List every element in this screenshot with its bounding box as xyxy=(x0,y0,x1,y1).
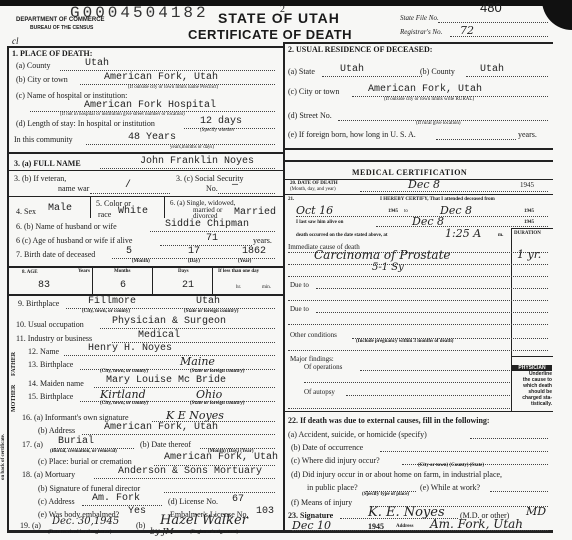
received-value: Dec. 30,1945 xyxy=(52,516,119,527)
spouse-age-value: 71 xyxy=(206,233,218,244)
birth-day: 17 xyxy=(188,246,200,257)
ssn-sub: No. xyxy=(206,184,218,193)
registrar-signature: Hazel Walker xyxy=(160,513,248,528)
father-birthplace-label: 13. Birthplace xyxy=(28,360,73,369)
registrar-initials: by JM xyxy=(150,527,174,536)
license-value: 67 xyxy=(232,494,244,505)
received-caption: (Date received local registrar) xyxy=(48,530,112,535)
medical-heading: MEDICAL CERTIFICATION xyxy=(352,168,467,177)
mother-maiden-label: 14. Maiden name xyxy=(28,379,84,388)
mortuary-value: Anderson & Sons Mortuary xyxy=(118,466,262,477)
birthplace-city-caption: (City, town, or county) xyxy=(82,309,130,314)
where-label: (c) Where did injury occur? xyxy=(291,456,380,465)
mother-birthplace-label: 15. Birthplace xyxy=(28,392,73,401)
birthplace-state-caption: (State or foreign country) xyxy=(184,309,238,314)
accident-label: (a) Accident, suicide, or homicide (spec… xyxy=(288,430,427,439)
external-heading: 22. If death was due to external causes,… xyxy=(288,416,490,425)
hospital-note: (If not in hospital or institution give … xyxy=(60,112,185,117)
certificate-title: CERTIFICATE OF DEATH xyxy=(188,27,352,42)
other-note: (Include pregnancy within 3 months of de… xyxy=(356,339,453,344)
occurrence-label: (b) Date of occurrence xyxy=(291,443,363,452)
age-less-label: If less than one day xyxy=(218,269,259,274)
sex-value: Male xyxy=(48,203,72,214)
res-city-label: (c) City or town xyxy=(288,87,339,96)
father-name-label: 12. Name xyxy=(28,347,59,356)
full-name-label: 3. (a) FULL NAME xyxy=(14,159,81,168)
attended-to-year: 1945 xyxy=(524,209,534,214)
veteran-sub: name war xyxy=(58,184,89,193)
operations-label: Of operations xyxy=(304,363,342,371)
year-caption: (Year) xyxy=(238,259,251,264)
mother-birthplace-city: Kirtland xyxy=(100,388,146,401)
registrar-label: Registrar's No. xyxy=(400,28,442,36)
sign-address-value: Am. Fork, Utah xyxy=(430,517,523,531)
scan-corner xyxy=(542,0,572,30)
registrar-caption: (Registrar's signature) xyxy=(190,530,238,535)
means-label: (f) Means of injury xyxy=(291,498,352,507)
age-days-label: Days xyxy=(178,269,189,274)
birth-year: 1862 xyxy=(242,246,266,257)
hospital-value: American Fork Hospital xyxy=(84,100,216,111)
disposition-prefix: 17. (a) xyxy=(22,440,43,449)
ssn-value: — xyxy=(232,180,238,191)
age-days: 21 xyxy=(182,280,194,291)
stay-value: 12 days xyxy=(200,116,242,127)
community-label: In this community xyxy=(14,135,73,144)
age-hr: hr. xyxy=(236,285,241,290)
age-years-label: Years xyxy=(78,269,90,274)
full-name-value: John Franklin Noyes xyxy=(140,156,254,167)
residence-heading: 2. USUAL RESIDENCE OF DECEASED: xyxy=(288,45,432,54)
res-street-note: (If rural give location) xyxy=(416,121,461,126)
where-caption: (City or town) (County) (State) xyxy=(418,463,484,468)
occurred-suffix: m. xyxy=(498,233,503,238)
father-state-caption: (State or foreign country) xyxy=(190,369,244,374)
state-file-label: State File No. xyxy=(400,14,439,22)
immediate-note: 5-1 Sy xyxy=(372,262,404,273)
race-value: White xyxy=(118,206,148,217)
certify-text: I HEREBY CERTIFY, That I attended deceas… xyxy=(380,197,495,202)
race-label: race xyxy=(98,210,111,219)
disposition-method: Burial xyxy=(58,436,94,447)
res-state-value: Utah xyxy=(340,64,364,75)
birthplace-state: Utah xyxy=(196,296,220,307)
age-months: 6 xyxy=(120,280,126,291)
margin-note: on back of certificate. xyxy=(1,434,6,480)
sign-address-label: Address xyxy=(396,524,413,529)
last-saw-year: 1945 xyxy=(524,220,534,225)
disposition-place-value: American Fork, Utah xyxy=(164,452,278,463)
spouse-value: Siddie Chipman xyxy=(165,219,249,230)
mortuary-label: 18. (a) Mortuary xyxy=(22,470,75,479)
industry-value: Medical xyxy=(138,330,180,341)
duration-label: DURATION xyxy=(514,231,541,236)
attended-to-prefix: to xyxy=(404,209,408,214)
state-title: STATE OF UTAH xyxy=(218,10,340,26)
death-date-value: Dec 8 xyxy=(408,178,440,191)
mother-city-caption: (City, town, or county) xyxy=(100,401,148,406)
place-of-death-heading: 1. PLACE OF DEATH: xyxy=(12,49,92,58)
informant-address-value: American Fork, Utah xyxy=(104,422,218,433)
attended-from-year: 1945 xyxy=(388,209,398,214)
occurred-label: death occurred on the date stated above,… xyxy=(296,233,388,238)
spouse-age-suffix: years. xyxy=(253,236,272,245)
physician-box-line: tistically. xyxy=(512,401,552,407)
community-note: years,months or days) xyxy=(170,145,214,150)
public-label: in public place? xyxy=(307,483,358,492)
last-saw-label: I last saw him alive on xyxy=(296,220,343,225)
department-label: DEPARTMENT OF COMMERCE xyxy=(16,17,105,23)
due-to-1: Due to xyxy=(290,281,309,289)
age-years: 83 xyxy=(38,280,50,291)
certify-num: 21. xyxy=(288,197,294,202)
birthplace-label: 9. Birthplace xyxy=(18,299,59,308)
other-label: Other conditions xyxy=(290,331,337,339)
funeral-director-label: (b) Signature of funeral director xyxy=(38,484,140,493)
res-state-label: (a) State xyxy=(288,67,315,76)
due-to-2: Due to xyxy=(290,305,309,313)
mortuary-address-value: Am. Fork xyxy=(92,493,140,504)
disposition-method-note: (Burial, cremation, or removal) xyxy=(50,449,117,454)
res-foreign-label: (e) If foreign born, how long in U. S. A… xyxy=(288,130,416,139)
birthplace-city: Fillmore xyxy=(88,296,136,307)
month-caption: (Month) xyxy=(132,259,150,264)
home-label: (d) Did injury occur in or about home on… xyxy=(291,470,502,479)
disposition-place-label: (c) Place: burial or cremation xyxy=(38,457,132,466)
spouse-label: 6. (b) Name of husband or wife xyxy=(16,222,117,231)
veteran-value: / xyxy=(125,180,131,191)
occurred-time: 1:25 A xyxy=(445,227,481,240)
father-name-value: Henry H. Noyes xyxy=(88,343,172,354)
sex-label: 4. Sex xyxy=(16,207,36,216)
birth-label: 7. Birth date of deceased xyxy=(16,250,95,259)
mother-state-caption: (State or foreign country) xyxy=(190,401,244,406)
major-label: Major findings: xyxy=(290,355,334,363)
res-county-value: Utah xyxy=(480,64,504,75)
mother-birthplace-state: Ohio xyxy=(196,388,222,401)
marital-value: Married xyxy=(234,207,276,218)
mortuary-address-label: (c) Address xyxy=(38,497,75,506)
res-street-label: (d) Street No. xyxy=(288,111,332,120)
age-months-label: Months xyxy=(114,269,130,274)
stay-label: (d) Length of stay: In hospital or insti… xyxy=(16,119,155,128)
death-certificate: G0004504182 DEPARTMENT OF COMMERCE BUREA… xyxy=(0,0,572,540)
county-value: Utah xyxy=(85,58,109,69)
occupation-label: 10. Usual occupation xyxy=(16,320,84,329)
city-value: American Fork, Utah xyxy=(104,72,218,83)
work-label: (e) While at work? xyxy=(420,483,480,492)
immediate-value: Carcinoma of Prostate xyxy=(314,248,451,262)
registrar-prefix: (b) xyxy=(136,521,145,530)
immediate-duration: 1 yr. xyxy=(517,248,541,261)
city-label: (b) City or town xyxy=(16,75,68,84)
autopsy-label: Of autopsy xyxy=(304,388,335,396)
md-value: MD xyxy=(526,505,546,518)
mother-tag: MOTHER xyxy=(11,385,17,412)
death-year-value: 1945 xyxy=(520,181,534,189)
corner-mark: cl xyxy=(12,36,19,46)
res-foreign-suffix: years. xyxy=(518,130,537,139)
occupation-value: Physician & Surgeon xyxy=(112,316,226,327)
page-mark: 2 xyxy=(280,4,285,15)
spouse-age-label: 6 (c) Age of husband or wife if alive xyxy=(16,236,132,245)
informant-signature-label: 16. (a) Informant's own signature xyxy=(22,413,129,422)
age-label: 8. AGE xyxy=(22,270,38,275)
place-caption: (Specify type of place) xyxy=(362,492,409,497)
embalmer-value: 103 xyxy=(256,506,274,517)
res-city-value: American Fork, Utah xyxy=(368,84,482,95)
community-value: 48 Years xyxy=(128,132,176,143)
father-city-caption: (City, town, or county) xyxy=(100,369,148,374)
day-caption: (Day) xyxy=(188,259,200,264)
physician-box: PHYSICIAN Underline the cause to which d… xyxy=(512,365,552,407)
received-prefix: 19. (a) xyxy=(20,521,41,530)
veteran-label: 3. (b) If veteran, xyxy=(14,174,66,183)
res-county-label: (b) County xyxy=(420,67,455,76)
city-note: (If outside city or town limits name Pre… xyxy=(128,85,218,90)
mother-maiden-value: Mary Louise Mc Bride xyxy=(106,375,226,386)
age-min: min. xyxy=(262,285,271,290)
death-date-label: 20. DATE OF DEATH xyxy=(290,181,338,186)
father-birthplace-state: Maine xyxy=(180,355,215,368)
county-label: (a) County xyxy=(16,61,50,70)
father-tag: FATHER xyxy=(11,352,17,376)
bureau-label: BUREAU OF THE CENSUS xyxy=(30,25,93,31)
embalmed-value: Yes xyxy=(128,506,146,517)
industry-label: 11. Industry or business xyxy=(16,334,92,343)
state-file-value: 480 xyxy=(480,0,502,15)
death-date-sub: (Month, day, and year) xyxy=(290,187,336,192)
hospital-label: (c) Name of hospital or institution: xyxy=(16,91,127,100)
stay-note: (Specify whether xyxy=(200,128,234,133)
birth-month: 5 xyxy=(126,246,132,257)
informant-address-label: (b) Address xyxy=(38,426,75,435)
disposition-date-label: (b) Date thereof xyxy=(140,440,191,449)
res-city-note: (If outside city or town limits write RU… xyxy=(384,97,474,102)
license-label: (d) License No. xyxy=(168,497,218,506)
